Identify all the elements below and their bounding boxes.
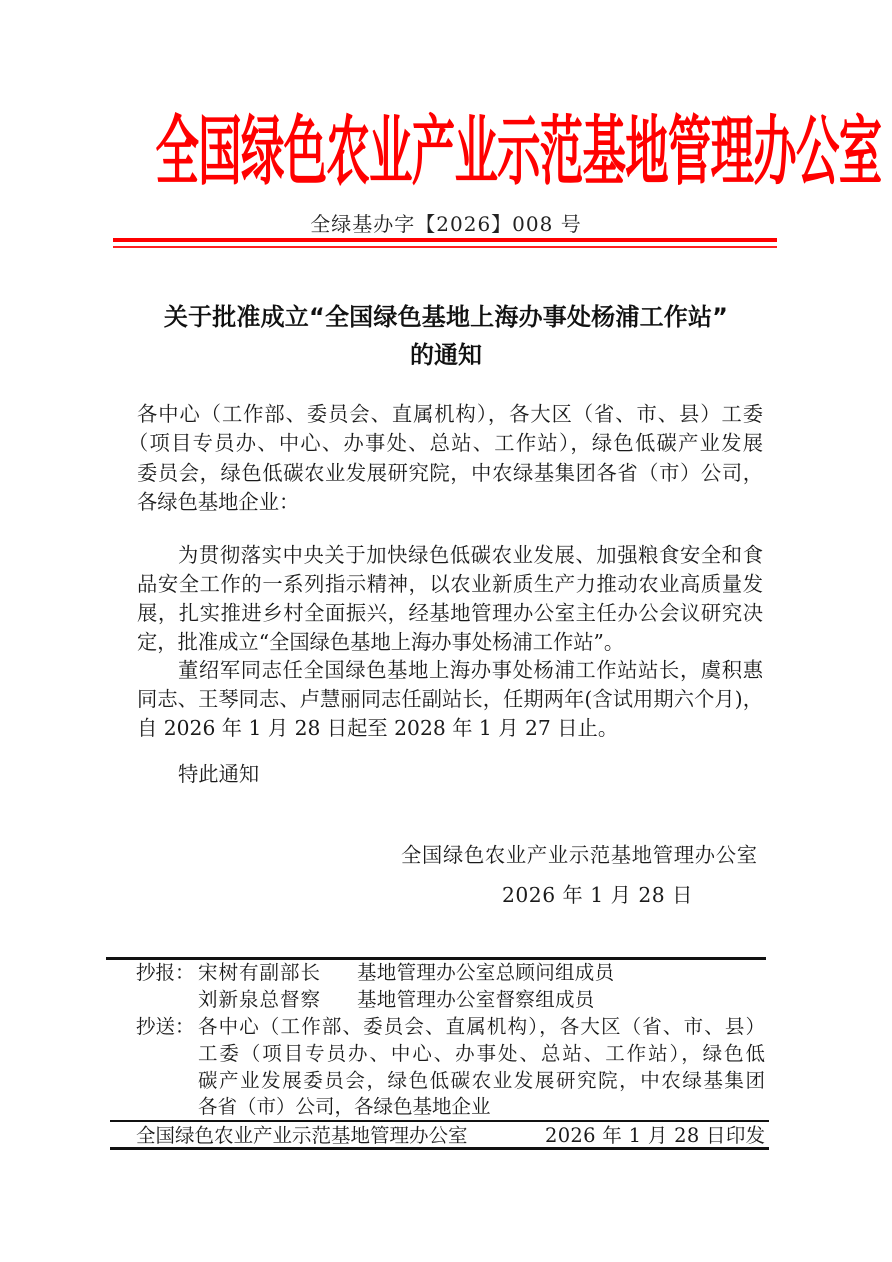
document-number: 全绿基办字【2026】008 号 (0, 209, 892, 239)
closing-text: 特此通知 (178, 760, 259, 789)
cc-send-line: 各中心（工作部、委员会、直属机构），各大区（省、市、县） (198, 1013, 765, 1040)
paragraph-line: 为贯彻落实中央关于加快绿色低碳农业发展、加强粮食安全和食 (178, 541, 763, 570)
addressee-line: 各绿色基地企业： (137, 488, 299, 517)
masthead-org-title: 全国绿色农业产业示范基地管理办公室 (156, 93, 882, 210)
paragraph-line: 定，批准成立“全国绿色基地上海办事处杨浦工作站”。 (137, 628, 624, 657)
paragraph-line: 自 2026 年 1 月 28 日起至 2028 年 1 月 27 日止。 (137, 714, 618, 743)
paragraph-line: 董绍军同志任全国绿色基地上海办事处杨浦工作站站长，虞积惠 (178, 656, 763, 685)
signature-org: 全国绿色农业产业示范基地管理办公室 (401, 841, 757, 870)
masthead: 全国绿色农业产业示范基地管理办公室 (0, 104, 892, 200)
footer-issuer: 全国绿色农业产业示范基地管理办公室 (136, 1122, 468, 1149)
addressee-line: 委员会，绿色低碳农业发展研究院，中农绿基集团各省（市）公司， (137, 459, 763, 488)
red-divider-thin (113, 246, 777, 248)
signature-date: 2026 年 1 月 28 日 (502, 881, 693, 910)
cc-report-name: 宋树有副部长 (198, 959, 321, 986)
paragraph-line: 展，扎实推进乡村全面振兴，经基地管理办公室主任办公会议研究决 (137, 599, 763, 628)
cc-report-role: 基地管理办公室督察组成员 (357, 986, 595, 1013)
footer-divider-bottom (110, 1147, 769, 1150)
paragraph-line: 同志、王琴同志、卢慧丽同志任副站长，任期两年(含试用期六个月)， (137, 685, 763, 714)
cc-send-line: 各省（市）公司，各绿色基地企业 (198, 1093, 765, 1120)
footer-issue-date: 2026 年 1 月 28 日印发 (545, 1122, 765, 1149)
cc-send-label: 抄送： (136, 1013, 195, 1040)
cc-send-line: 碳产业发展委员会，绿色低碳农业发展研究院，中农绿基集团 (198, 1067, 765, 1094)
addressee-line: （项目专员办、中心、办事处、总站、工作站），绿色低碳产业发展 (128, 429, 763, 458)
notice-title-line-1: 关于批准成立“全国绿色基地上海办事处杨浦工作站” (0, 300, 892, 334)
cc-report-role: 基地管理办公室总顾问组成员 (357, 959, 614, 986)
paragraph-line: 品安全工作的一系列指示精神，以农业新质生产力推动农业高质量发 (137, 570, 763, 599)
cc-send-line: 工委（项目专员办、中心、办事处、总站、工作站），绿色低 (198, 1040, 765, 1067)
addressee-line: 各中心（工作部、委员会、直属机构），各大区（省、市、县）工委 (137, 400, 763, 429)
red-divider-thick (113, 238, 777, 242)
notice-title-line-2: 的通知 (0, 338, 892, 372)
cc-report-label: 抄报： (136, 959, 195, 986)
cc-report-name: 刘新泉总督察 (198, 986, 321, 1013)
